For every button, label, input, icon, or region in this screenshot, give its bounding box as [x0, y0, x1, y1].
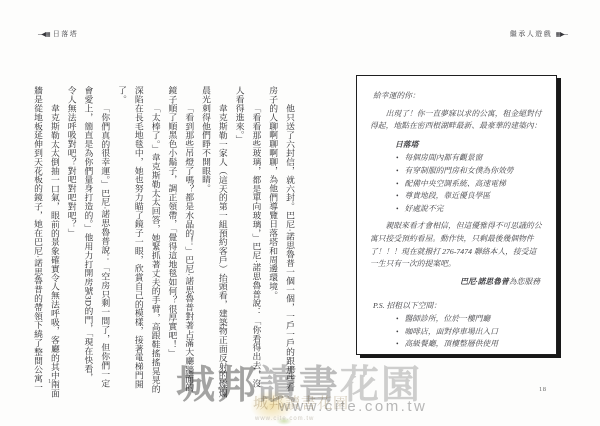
bullet-icon: • [396, 190, 398, 203]
text-line: 會愛上，簡直是為你們量身打造的。」他用力打開房號3D的門，「現在快看， [80, 86, 97, 398]
feature-text: 尊貴地段，靠近優良學區 [404, 190, 490, 203]
ps-item: • 高級餐廳，頂樓整層供使用 [396, 338, 543, 351]
text-line: 牆是從地板延伸到天花板的鏡子，她在巴尼·諾思魯普的帶領下繞了整間公寓一 [29, 86, 46, 398]
text-line: 深陷在長毛地毯中，她也努力瞄了鏡子一眼，欣賞自己的模樣，接著電梯門開 [130, 86, 147, 398]
text-line: 令人無法呼吸對吧？對吧對吧對吧？」 [63, 86, 80, 398]
feature-item: • 有穿制服的門房和女僕為你效勞 [396, 165, 543, 178]
signature-suffix: 為您服務 [509, 277, 540, 286]
feature-item: • 好處說不完 [396, 203, 543, 216]
ps-text: 高級餐廳，頂樓整層供使用 [404, 338, 498, 351]
body-text-vertical: 他只送了六封信，就六封。巴尼·諾思魯普一個一個，一戶一戶的跟那些看 房子的人聊啊… [28, 86, 298, 398]
bullet-icon: • [396, 313, 398, 326]
feature-item: • 每個房間內都有觀景窗 [396, 152, 543, 165]
feature-text: 每個房間內都有觀景窗 [404, 152, 482, 165]
ps-item: • 醫師診所，位於一樓門廳 [396, 313, 543, 326]
letter-paragraph-2: 親眼來看才會相信，但這優雅得不可思議的公寓只接受預約看屋。動作快，只剩最後幾個物… [370, 220, 543, 270]
text-line: 人看得進來。」 [231, 86, 248, 398]
text-line: 了。 [113, 86, 130, 398]
feature-text: 好處說不完 [404, 203, 443, 216]
header-ornament-right-icon: ▦▶─ [555, 32, 567, 38]
header-ornament-left-icon: ─◀▦ [38, 32, 50, 38]
ps-text: 醫師診所，位於一樓門廳 [404, 313, 490, 326]
page-number-right: 18 [539, 386, 547, 393]
feature-item: • 尊貴地段，靠近優良學區 [396, 190, 543, 203]
text-line: 「你們真的很幸運。」巴尼·諾思魯普說：「空房只剩一間了，但你們一定 [96, 86, 113, 398]
text-line: 韋克斯勒一家人（這天的第一組預約客戶）抬頭看，建築物正面反射的燦爛 [214, 86, 231, 398]
letter-paragraph-1: 出現了！你一直夢寐以求的公寓，租金絕對付得起，地點在密西根湖畔最新、最豪華的建築… [370, 108, 543, 133]
bullet-icon: • [396, 338, 398, 351]
page-number-left: 19 [48, 378, 56, 385]
letter-greeting: 給幸運的你： [373, 90, 543, 103]
text-line: 鏡子順了順黑色小鬍子，調正領帶，「覺得這地毯如何？很厚實吧！」 [164, 86, 181, 398]
text-line: 房子的人聊啊聊啊聊，為他們導覽日落塔和周邊環境。 [264, 86, 281, 398]
signature-name: 巴尼·諾思魯普 [460, 277, 509, 286]
book-spread-scan: ─◀▦ 日落塔 他只送了六封信，就六封。巴尼·諾思魯普一個一個，一戶一戶的跟那些… [0, 0, 600, 426]
building-name: 日落塔 [395, 139, 543, 152]
feature-text: 配備中央空調系統、高速電梯 [404, 178, 505, 191]
ps-label: P.S. 招租以下空間： [373, 300, 543, 313]
text-line: 「看看那些玻璃，都是單向玻璃，」巴尼·諾思魯普說：「你看得出去，沒 [248, 86, 265, 398]
text-line: 「看到那些吊燈了嗎？都是水晶的！」巴尼·諾思魯普對著占滿大廳牆面的 [180, 86, 197, 398]
bullet-icon: • [396, 165, 398, 178]
bullet-icon: • [396, 152, 398, 165]
bullet-icon: • [396, 326, 398, 339]
chapter-title-left: 日落塔 [53, 30, 79, 38]
text-line: 「太棒了。」韋克斯勒太太回答，她緊抓著丈夫的手臂，高跟鞋搖搖晃晃的 [147, 86, 164, 398]
rental-letter-box: 給幸運的你： 出現了！你一直夢寐以求的公寓，租金絕對付得起，地點在密西根湖畔最新… [356, 75, 557, 355]
running-head-right: 繼承人遊戲 ▦▶─ [510, 29, 567, 39]
ps-item: • 咖啡店，面對停車場出入口 [396, 326, 543, 339]
feature-item: • 配備中央空調系統、高速電梯 [396, 178, 543, 191]
book-title-right: 繼承人遊戲 [510, 30, 553, 38]
running-head-left: ─◀▦ 日落塔 [38, 29, 78, 39]
feature-text: 有穿制服的門房和女僕為你效勞 [404, 165, 513, 178]
text-line: 晨光刺得他們睜不開眼睛。 [197, 86, 214, 398]
ps-text: 咖啡店，面對停車場出入口 [404, 326, 498, 339]
watermark-url: www.cite.com.tw [279, 398, 427, 415]
text-line: 他只送了六封信，就六封。巴尼·諾思魯普一個一個，一戶一戶的跟那些看 [281, 86, 298, 398]
text-line: 韋克斯勒太太倒抽一口氣，眼前的景象確實令人無法呼吸，客廳的其中兩面 [46, 86, 63, 398]
watermark-small-url: www.cite.com.tw [255, 416, 314, 422]
bullet-icon: • [396, 203, 398, 216]
letter-signature: 巴尼·諾思魯普為您服務 [370, 276, 540, 289]
bullet-icon: • [396, 178, 398, 191]
